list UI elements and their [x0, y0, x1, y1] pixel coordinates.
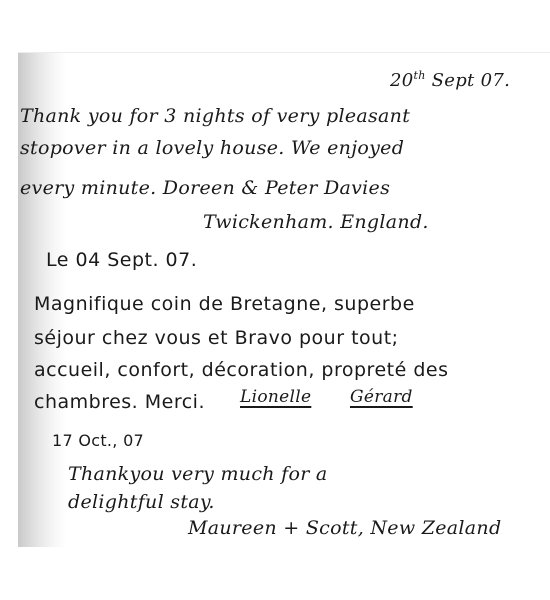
entry-3-date: 17 Oct., 07 [52, 431, 144, 450]
entry-3-line-2: delightful stay. [68, 491, 215, 513]
entry-1-line-2: stopover in a lovely house. We enjoyed [20, 137, 404, 159]
entry-2-line-3: accueil, confort, décoration, propreté d… [34, 359, 448, 381]
entry-1-date-suffix: th [414, 69, 426, 82]
entry-3-signature: Maureen + Scott, New Zealand [188, 517, 501, 539]
entry-1-line-3: every minute. Doreen & Peter Davies [20, 177, 390, 199]
entry-2-signature-last: Gérard [350, 387, 413, 407]
entry-2-line-4: chambres. Merci. [34, 391, 205, 413]
entry-1-date-rest: Sept 07. [432, 70, 511, 91]
entry-2-line-1: Magnifique coin de Bretagne, superbe [34, 293, 415, 315]
entry-1-line-1: Thank you for 3 nights of very pleasant [20, 105, 410, 127]
entry-1-date-day: 20 [390, 70, 414, 91]
entry-2-date: Le 04 Sept. 07. [46, 249, 197, 271]
entry-2-line-2: séjour chez vous et Bravo pour tout; [34, 327, 399, 349]
entry-1-location: Twickenham. England. [203, 211, 429, 233]
entry-2-signature-first: Lionelle [240, 387, 311, 407]
guestbook-page: 20th Sept 07. Thank you for 3 nights of … [18, 52, 550, 547]
entry-3-line-1: Thankyou very much for a [68, 463, 328, 485]
entry-1-date: 20th Sept 07. [390, 69, 510, 91]
